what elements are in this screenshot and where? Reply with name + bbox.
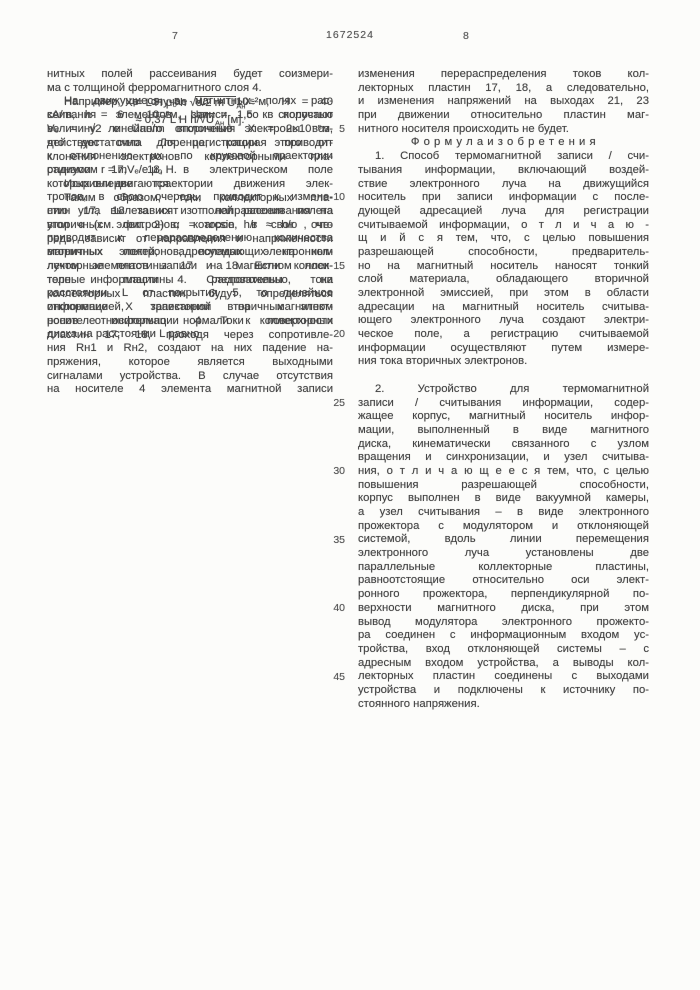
text-line: равноотстоящие относительно оси элект-	[358, 574, 649, 588]
text-line: и изменения напряжений на выходах 21, 23	[358, 95, 649, 109]
text-line: вращения и синхронизации, и узел считыва…	[358, 451, 649, 465]
text-line: разрешающей способности, предваритель-	[358, 246, 649, 260]
text-line: устройства и подключены к источнику по-	[358, 684, 649, 698]
text-line: ствие электронного луча на движущийся	[358, 178, 649, 192]
text-line: системой, вдоль линии перемещения	[358, 533, 649, 547]
text-line: слой материала, обладающего вторичной	[358, 273, 649, 287]
text-line: ющего электронного луча создают электри-	[358, 314, 649, 328]
patent-number: 1672524	[0, 29, 700, 41]
text-line: редь, зависит от направления и напряженн…	[47, 233, 333, 247]
text-line: пластин 17, 18, проходя через сопротивле…	[47, 329, 333, 343]
text-line: ния, о т л и ч а ю щ е е с я тем, что, с…	[358, 465, 649, 479]
text-line: корпус выполнен в виде вакуумной камеры,	[358, 492, 649, 506]
text-line: мации, выполненный в виде магнитного	[358, 424, 649, 438]
text-line: пряжения, которое является выходными	[47, 356, 333, 370]
text-line: кА/m, h = 6 · 10⁻⁶м, Uан = 1,5 кв получа…	[47, 109, 333, 123]
line-number: 25	[321, 397, 345, 411]
text-line: записи / считывания информации, содер-	[358, 397, 649, 411]
left-column: нитных полей рассеивания будет соизмери-…	[47, 68, 333, 109]
text-line: стинами 17, 18, в электрическом поле	[47, 164, 333, 178]
text-line: повышения разрешающей способности,	[358, 479, 649, 493]
line-number: 30	[321, 465, 345, 479]
text-line: лекторных пластин соединены с выходами	[358, 670, 649, 684]
text-line: Таким образом, токи коллекторных пла-	[47, 192, 333, 206]
text-line: лекторных пластин 17, 18, а следовательн…	[358, 82, 649, 96]
text-line: клонения электронов коллекторными пла-	[47, 151, 333, 165]
text-line	[358, 369, 649, 383]
text-line: информацией, записанной на магнитном	[47, 301, 333, 315]
text-line: жащее корпус, магнитный носитель инфор-	[358, 410, 649, 424]
text-line: информации осуществляют путем измере-	[358, 342, 649, 356]
text-line: теле информации 4. Следовательно, токи	[47, 274, 333, 288]
text-line: дующей адресацией луча для регистрации	[358, 205, 649, 219]
text-line: ческое поле, а регистрацию считываемой	[358, 328, 649, 342]
text-line: Например, в случае L = 10⁻²м, Н = 40	[47, 96, 333, 110]
text-line: ния тока вторичных электронов.	[358, 355, 649, 369]
text-line: при движении относительно пластин маг-	[358, 109, 649, 123]
line-number: 35	[321, 534, 345, 548]
text-line: Ф о р м у л а и з о б р е т е н и я	[358, 136, 649, 150]
left-column-lower-lines: Например, в случае L = 10⁻²м, Н = 40кА/m…	[47, 96, 333, 110]
right-column: изменения перераспределения токов кол-ле…	[358, 68, 649, 711]
text-line: считываемой информации, о т л и ч а ю -	[358, 219, 649, 233]
text-line: лучом элементов записи на магнитном носи…	[47, 260, 333, 274]
text-line: нитного носителя происходить не будет.	[358, 123, 649, 137]
text-line: стин 17, 18 зависят от направления полет…	[47, 205, 333, 219]
text-line: адресации на магнитный носитель считыва-	[358, 301, 649, 315]
text-line: изменения перераспределения токов кол-	[358, 68, 649, 82]
left-column-upper-lines: нитных полей рассеивания будет соизмери-…	[47, 68, 333, 82]
text-line: верхности магнитного диска, при этом	[358, 602, 649, 616]
text-line: параллельные коллекторные пластины,	[358, 561, 649, 575]
text-line: диска, кинематически связанного с узлом	[358, 438, 649, 452]
text-line: ра соединен с информационным входом ус-	[358, 629, 649, 643]
text-line: что достаточно для регистрации этого от-	[47, 137, 333, 151]
text-line: коллекторных пластин будут определяться	[47, 288, 333, 302]
text-line: вторичных электронов, которое, в свою оч…	[47, 219, 333, 233]
text-line: магнитных полей, адресуемых электронным	[47, 246, 333, 260]
text-line: носителе информации 4. Токи коллекторных	[47, 315, 333, 329]
patent-page: 7 1672524 8 51015202530354045 нитных пол…	[0, 0, 700, 990]
right-page-number: 8	[463, 30, 469, 42]
text-line: нитных полей рассеивания будет соизмери-	[47, 68, 333, 82]
text-line: величину линейного отклонения X ≈ 2×10⁻⁵…	[47, 123, 333, 137]
text-line: электронной эмиссией, при этом в области	[358, 287, 649, 301]
text-line: прожектора с модулятором и отклоняющей	[358, 520, 649, 534]
text-line: 2. Устройство для термомагнитной	[358, 383, 649, 397]
text-line: ронного прожектора, перпендикулярной по-	[358, 588, 649, 602]
text-line: сигналами устройства. В случае отсутстви…	[47, 370, 333, 384]
text-line: щ и й с я тем, что, с целью повышения	[358, 232, 649, 246]
text-line: стоянного напряжения.	[358, 698, 649, 712]
text-line: ния Rн1 и Rн2, создают на них падение на…	[47, 342, 333, 356]
text-line: адресным входом устройства, а выводы кол…	[358, 657, 649, 671]
text-line: тройства, вход отклоняющей системы – с	[358, 643, 649, 657]
text-line: 1. Способ термомагнитной записи / счи-	[358, 150, 649, 164]
line-number: 40	[321, 602, 345, 616]
text-line: а узел считывания – в виде электронного	[358, 506, 649, 520]
text-line: вывод модулятора электронного прожекто-	[358, 616, 649, 630]
text-line: электронного луча установлены две	[358, 547, 649, 561]
text-line: носитель при записи информации с после-	[358, 191, 649, 205]
line-number: 45	[321, 671, 345, 685]
text-line: тывания информации, включающий воздей-	[358, 164, 649, 178]
text-line: на носителе 4 элемента магнитной записи	[47, 383, 333, 397]
text-line: но на магнитный носитель наносят тонкий	[358, 260, 649, 274]
